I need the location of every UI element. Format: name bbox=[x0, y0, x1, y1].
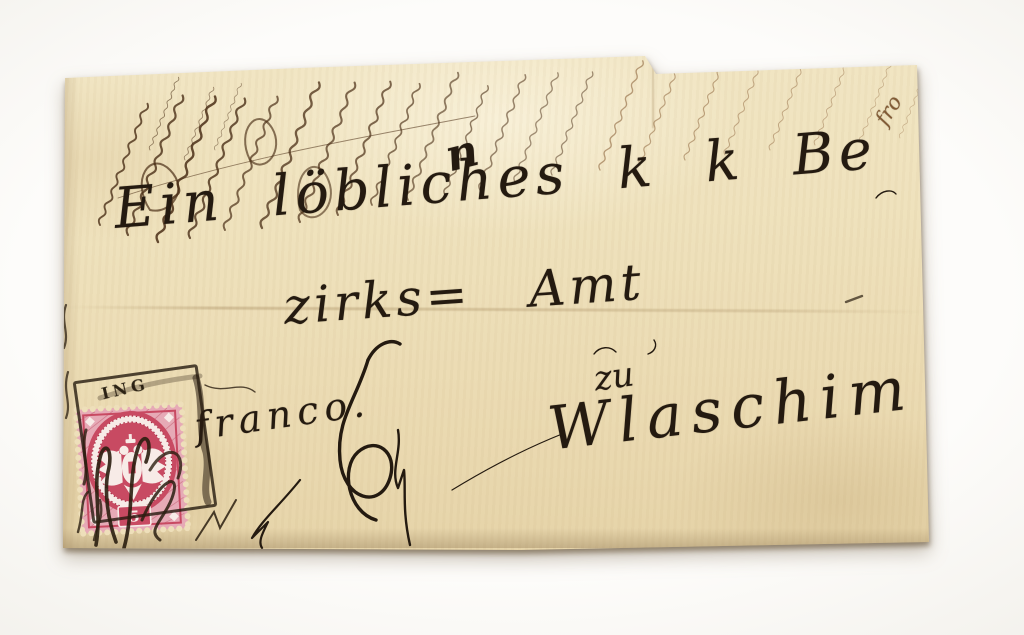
letter-sheet: 5 ING Ein löbliches k k Be zirks= Amt zu… bbox=[0, 0, 1024, 635]
corner-note: fro bbox=[872, 92, 906, 129]
letter-shadow-wrap: 5 ING Ein löbliches k k Be zirks= Amt zu… bbox=[0, 0, 1024, 635]
franco-note: franco. bbox=[192, 383, 373, 445]
address-line1: Ein löbliches k k Be bbox=[112, 122, 879, 238]
photograph-of-folded-letter: 5 ING Ein löbliches k k Be zirks= Amt zu… bbox=[0, 0, 1024, 635]
address-line2: zirks= Amt bbox=[282, 257, 646, 332]
address-block: Ein löbliches k k Be zirks= Amt zu Wlasc… bbox=[0, 0, 1024, 635]
